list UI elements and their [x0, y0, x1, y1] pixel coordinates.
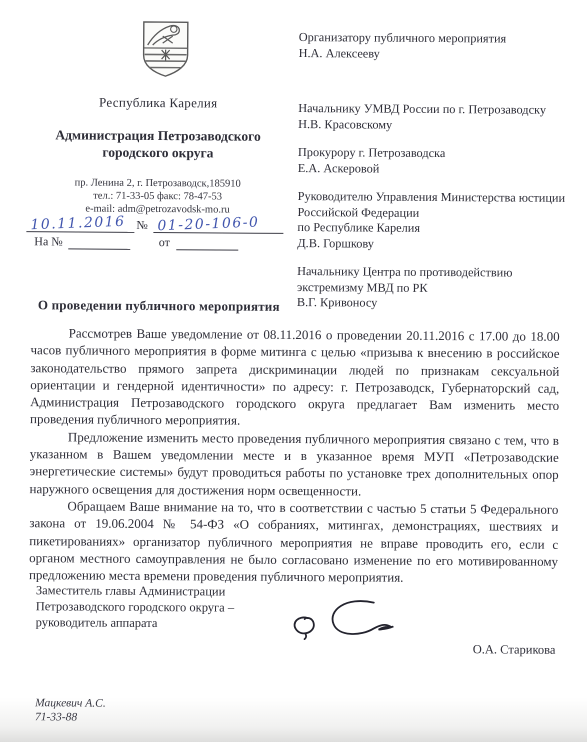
signer-position: Заместитель главы Администрации Петрозав…	[36, 582, 286, 632]
reference-row-incoming: На № от	[26, 234, 294, 251]
recipient-umvd: Начальнику УМВД России по г. Петрозаводс…	[298, 101, 580, 134]
ot-label: от	[131, 235, 176, 250]
incoming-number-blank	[69, 235, 131, 249]
recipient-line: Н.А. Алексееву	[299, 46, 581, 63]
number-blank-line: 01-20-106-0	[154, 213, 284, 234]
recipient-line: Д.В. Горшкову	[297, 236, 579, 253]
body-paragraph-3: Обращаем Ваше внимание на то, что в соот…	[29, 497, 559, 587]
date-blank-line: 10.11.2016	[26, 212, 134, 233]
recipient-line: Начальнику УМВД России по г. Петрозаводс…	[298, 101, 580, 118]
recipient-extremism-center: Начальнику Центра по противодействию экс…	[297, 264, 579, 312]
body-paragraph-1: Рассмотрев Ваше уведомление от 08.11.201…	[30, 324, 560, 431]
petrozavodsk-coat-of-arms-icon	[140, 19, 190, 81]
handwritten-signature	[285, 592, 405, 648]
handwritten-date: 10.11.2016	[30, 214, 126, 233]
letter-document: Республика Карелия Администрация Петроза…	[0, 0, 587, 742]
subject-line: О проведении публичного мероприятия	[38, 297, 280, 315]
letterhead-contacts: пр. Ленина 2, г. Петрозаводск,185910 тел…	[26, 176, 288, 217]
recipients-list: Организатору публичного мероприятия Н.А.…	[297, 30, 581, 325]
letterhead-org-line2: городского округа	[27, 143, 289, 162]
recipient-organizer: Организатору публичного мероприятия Н.А.…	[299, 30, 581, 63]
recipient-line: Прокурору г. Петрозаводска	[298, 145, 580, 162]
recipient-line: Е.А. Аскеровой	[298, 161, 580, 178]
recipient-prosecutor: Прокурору г. Петрозаводска Е.А. Аскерово…	[298, 145, 580, 178]
signer-name: О.А. Старикова	[435, 642, 555, 658]
executor-footer: Мацкевич А.С. 71-33-88	[35, 696, 106, 724]
incoming-date-blank	[176, 236, 238, 250]
recipient-ministry-justice: Руководителю Управления Министерства юст…	[297, 189, 579, 253]
letter-body: Рассмотрев Ваше уведомление от 08.11.201…	[29, 324, 560, 587]
signer-position-line: Заместитель главы Администрации	[36, 582, 286, 600]
signer-position-line: Петрозаводского городского округа –	[36, 598, 286, 616]
reference-block: 10.11.2016 № 01-20-106-0 На № от	[26, 212, 294, 251]
recipient-line: В.Г. Кривоносу	[297, 295, 579, 312]
handwritten-number: 01-20-106-0	[158, 215, 260, 235]
executor-phone: 71-33-88	[35, 710, 106, 724]
reference-row-date-number: 10.11.2016 № 01-20-106-0	[26, 212, 294, 234]
letterhead-org-line1: Администрация Петрозаводского	[27, 126, 289, 145]
recipient-line: Н.В. Красовскому	[298, 117, 580, 134]
recipient-line: Организатору публичного мероприятия	[299, 30, 581, 47]
executor-name: Мацкевич А.С.	[35, 696, 106, 710]
scanned-page-background: Республика Карелия Администрация Петроза…	[0, 0, 587, 742]
body-paragraph-2: Предложение изменить место проведения пу…	[30, 428, 559, 501]
recipient-line: Руководителю Управления Министерства юст…	[298, 189, 580, 206]
signer-position-line: руководитель аппарата	[36, 614, 286, 632]
recipient-line: по Республике Карелия	[297, 220, 579, 237]
letterhead-organization: Администрация Петрозаводского городского…	[27, 126, 289, 162]
letterhead-region: Республика Карелия	[27, 94, 289, 112]
letterhead: Республика Карелия Администрация Петроза…	[26, 94, 289, 217]
recipient-line: Начальнику Центра по противодействию	[297, 264, 579, 281]
na-no-label: На №	[26, 234, 69, 249]
number-sign-label: №	[134, 218, 154, 233]
